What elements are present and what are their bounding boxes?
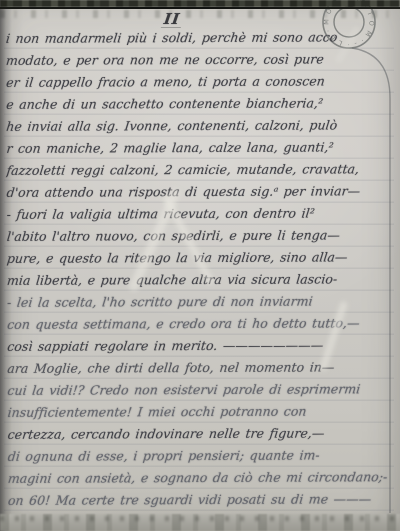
page-number: II xyxy=(161,11,183,28)
scan-edge-top xyxy=(0,0,400,7)
handwritten-line: così sappiati regolare in merito. ——————… xyxy=(6,334,397,358)
scan-edge-bottom xyxy=(0,514,400,531)
handwritten-line: cui la vidi!? Credo non esistervi parole… xyxy=(6,378,397,402)
handwritten-line: l'abito l'altro nuovo, con spedirli, e p… xyxy=(6,224,396,248)
handwritten-line: on 60! Ma certe tre sguardi vidi posati … xyxy=(7,488,397,512)
scanned-letter-page: II · B · T O M · - · L E · M O · i non m… xyxy=(0,0,400,531)
handwritten-line: insufficientemente! I miei occhi potrann… xyxy=(7,400,397,424)
handwritten-line: he inviai alla sig. Ivonne, contenenti, … xyxy=(5,114,396,138)
handwritten-line: fazzoletti reggi calzoni, 2 camicie, mut… xyxy=(5,158,396,182)
handwritten-line: i non mandarmeli più i soldi, perchè mi … xyxy=(5,26,396,50)
handwritten-line: ara Moglie, che dirti della foto, nel mo… xyxy=(6,356,396,380)
handwritten-line: er il cappello fracio a meno, ti porta a… xyxy=(5,70,396,94)
scan-edge-top-line xyxy=(0,7,400,9)
handwritten-line: certezza, cercando indovinare nelle tre … xyxy=(6,422,397,446)
handwritten-line: - fuori la valigia ultima ricevuta, con … xyxy=(5,202,396,226)
handwritten-line: magini con ansietà, e sognano da ciò che… xyxy=(7,466,398,490)
handwritten-line: e anche di un sacchetto contenente bianc… xyxy=(5,92,395,116)
handwritten-line: di ognuna di esse, i propri pensieri; qu… xyxy=(7,444,397,468)
scan-edge-left xyxy=(0,0,12,531)
handwritten-line: d'ora attendo una risposta di questa sig… xyxy=(6,180,396,204)
handwritten-line: r con maniche, 2 maglie lana, calze lana… xyxy=(5,136,395,160)
